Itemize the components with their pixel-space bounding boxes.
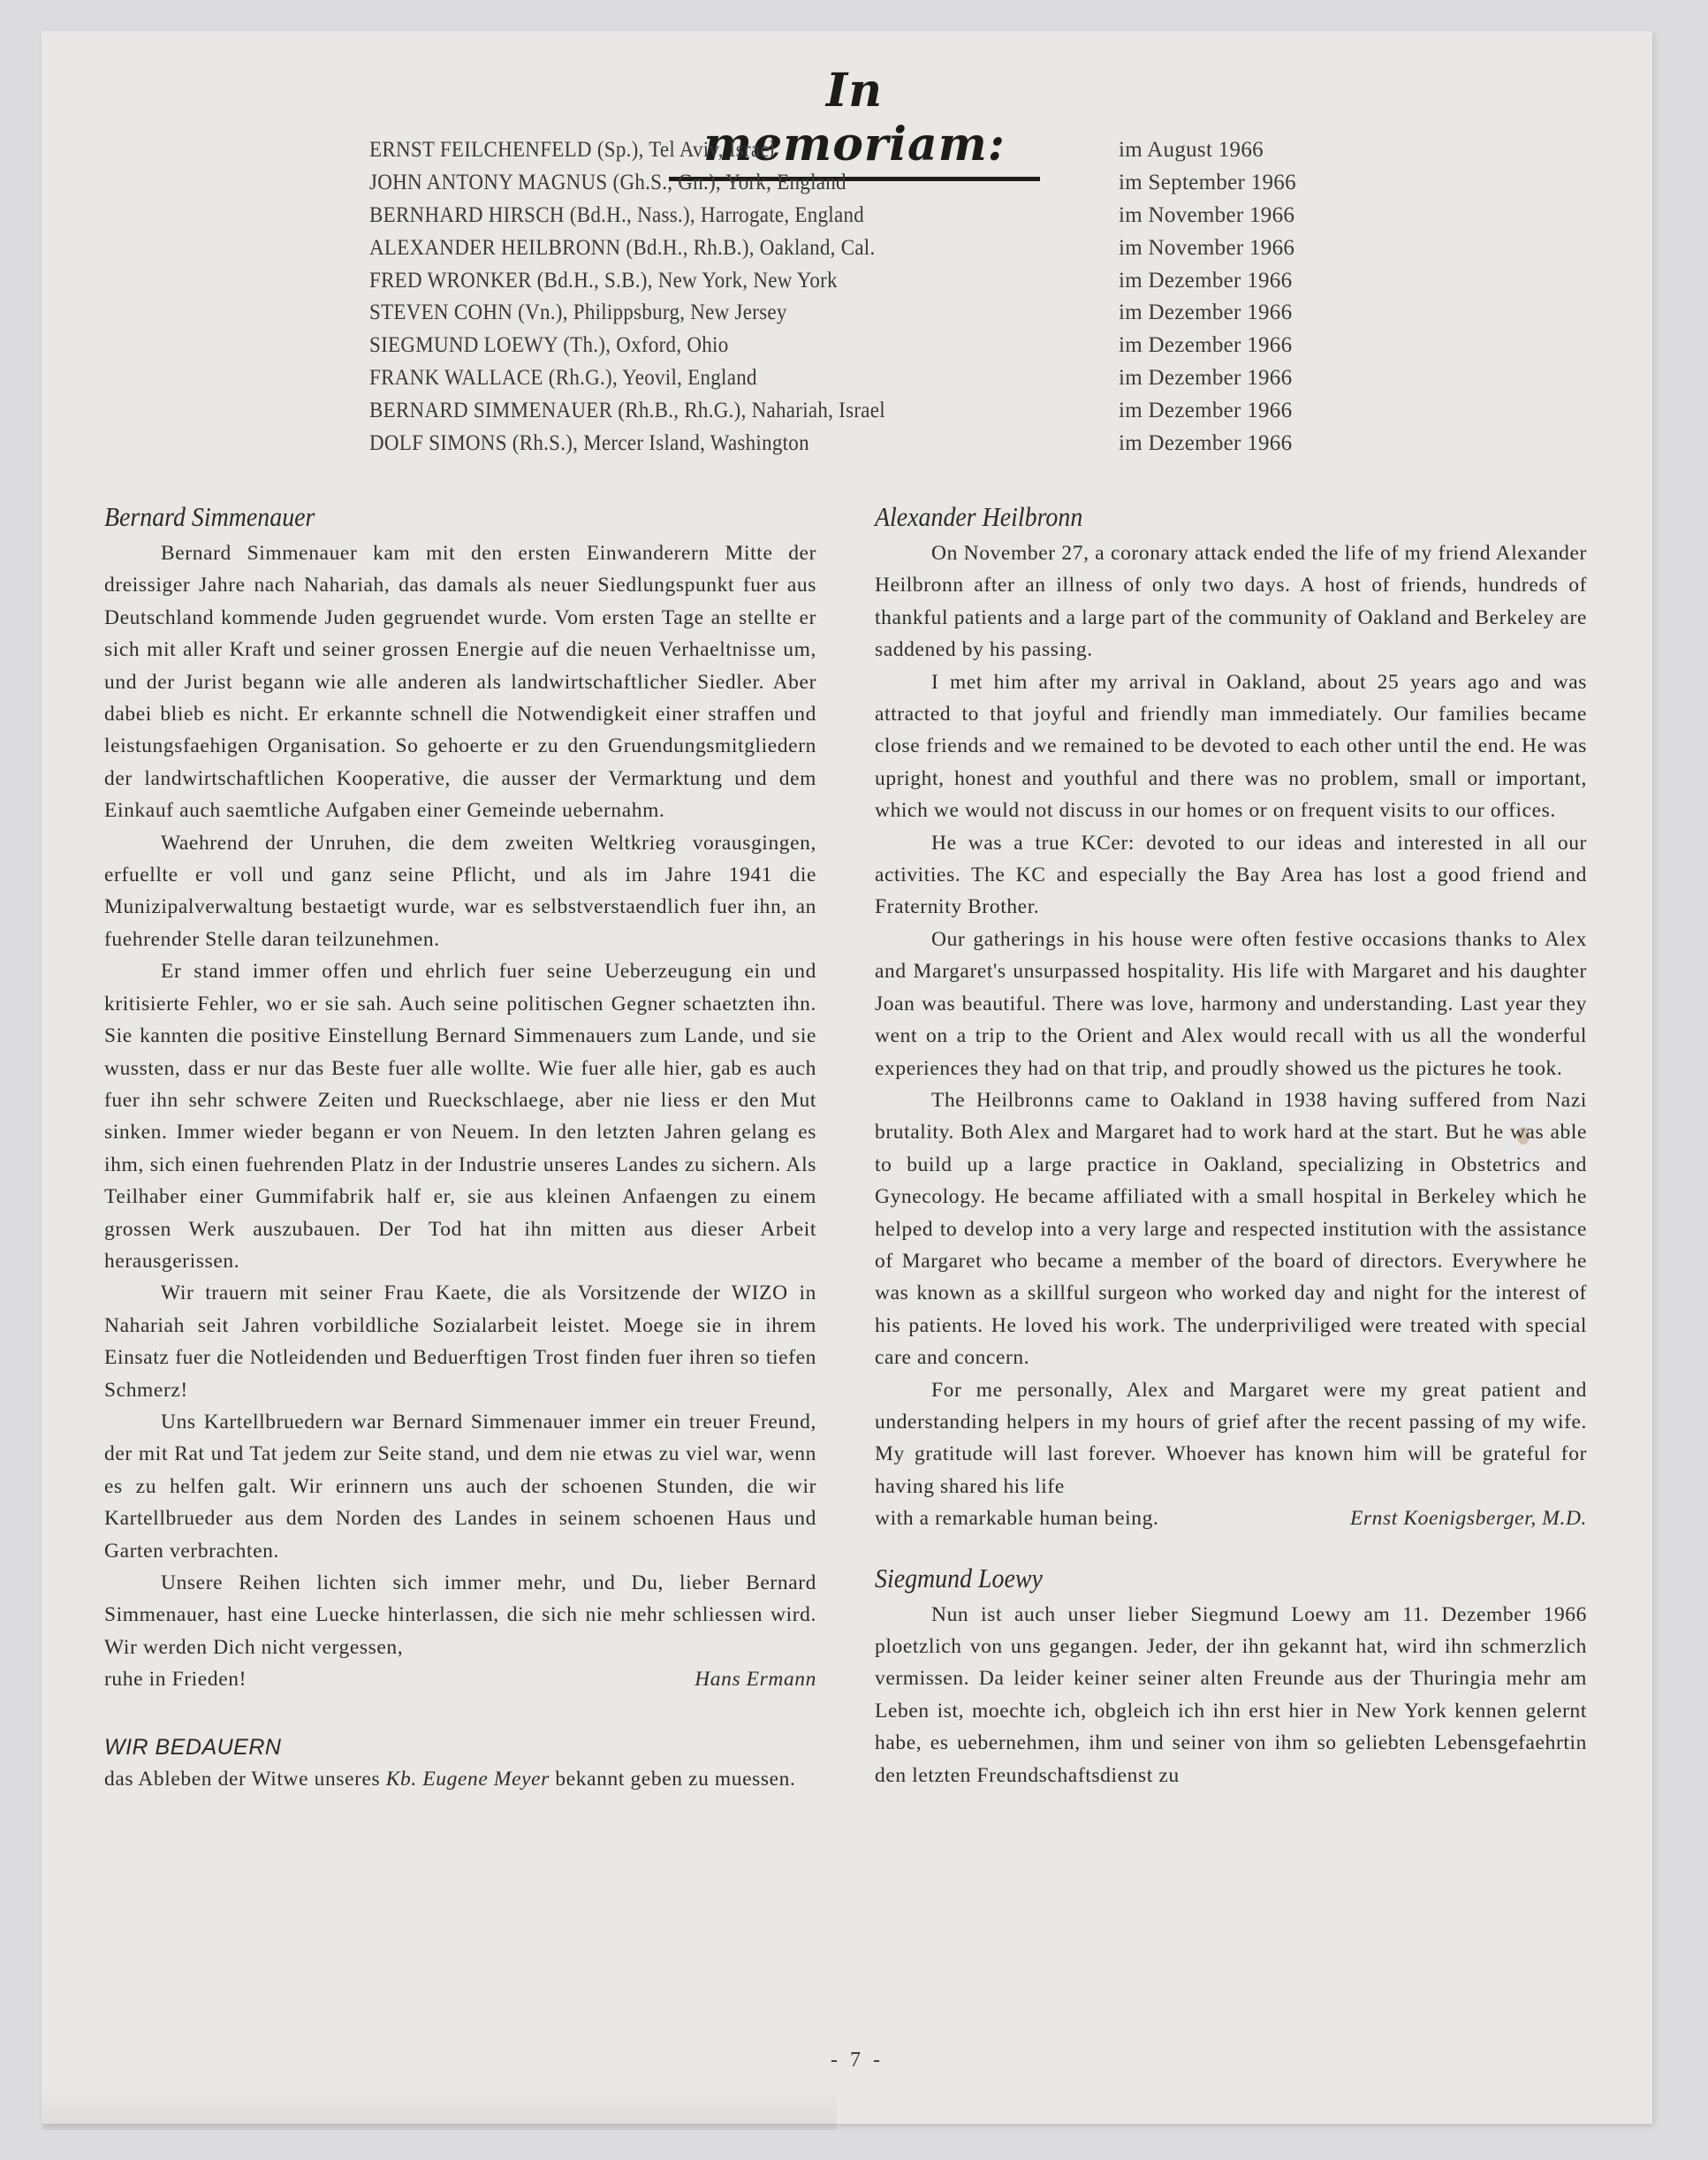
- roster-date: im August 1966: [1119, 138, 1264, 163]
- article-paragraph: Bernard Simmenauer kam mit den ersten Ei…: [104, 537, 816, 827]
- roster-row: BERNARD SIMMENAUER (Rh.B., Rh.G.), Nahar…: [369, 394, 1368, 427]
- roster-name: ERNST FEILCHENFELD (Sp.), Tel Aviv, Isra…: [369, 138, 1059, 163]
- author-signature: Hans Ermann: [695, 1663, 816, 1695]
- roster-row: ERNST FEILCHENFELD (Sp.), Tel Aviv, Isra…: [369, 134, 1368, 167]
- roster-row: STEVEN COHN (Vn.), Philippsburg, New Jer…: [369, 297, 1368, 330]
- article-paragraph: The Heilbronns came to Oakland in 1938 h…: [875, 1084, 1587, 1374]
- closing-text: with a remarkable human being.: [875, 1502, 1158, 1534]
- author-signature: Ernst Koenigsberger, M.D.: [1350, 1502, 1587, 1534]
- roster-date: im Dezember 1966: [1119, 269, 1292, 293]
- roster-name: DOLF SIMONS (Rh.S.), Mercer Island, Wash…: [369, 431, 1059, 456]
- roster-date: im November 1966: [1119, 203, 1294, 228]
- article-paragraph: Our gatherings in his house were often f…: [875, 924, 1587, 1084]
- article-heading: Bernard Simmenauer: [104, 500, 745, 534]
- roster-name: BERNHARD HIRSCH (Bd.H., Nass.), Harrogat…: [369, 203, 1059, 228]
- roster-name: JOHN ANTONY MAGNUS (Gh.S., Gn.), York, E…: [369, 171, 1059, 195]
- roster-date: im Dezember 1966: [1119, 366, 1292, 391]
- roster-date: im Dezember 1966: [1119, 399, 1292, 423]
- article-paragraph: For me personally, Alex and Margaret wer…: [875, 1374, 1587, 1503]
- article-paragraph: Uns Kartellbruedern war Bernard Simmenau…: [104, 1406, 816, 1567]
- left-column: Bernard Simmenauer Bernard Simmenauer ka…: [104, 500, 816, 1795]
- article-heading: Siegmund Loewy: [875, 1562, 1515, 1595]
- roster-row: DOLF SIMONS (Rh.S.), Mercer Island, Wash…: [369, 427, 1368, 460]
- article-paragraph: Er stand immer offen und ehrlich fuer se…: [104, 955, 816, 1277]
- roster-row: JOHN ANTONY MAGNUS (Gh.S., Gn.), York, E…: [369, 167, 1368, 200]
- roster-row: FRANK WALLACE (Rh.G.), Yeovil, England i…: [369, 362, 1368, 395]
- article-paragraph: Wir trauern mit seiner Frau Kaete, die a…: [104, 1277, 816, 1406]
- in-memoriam-roster: ERNST FEILCHENFELD (Sp.), Tel Aviv, Isra…: [369, 134, 1368, 460]
- roster-row: ALEXANDER HEILBRONN (Bd.H., Rh.B.), Oakl…: [369, 232, 1368, 264]
- roster-row: BERNHARD HIRSCH (Bd.H., Nass.), Harrogat…: [369, 200, 1368, 232]
- roster-date: im Dezember 1966: [1119, 333, 1292, 358]
- article-paragraph: Waehrend der Unruhen, die dem zweiten We…: [104, 827, 816, 956]
- roster-date: im Dezember 1966: [1119, 431, 1292, 456]
- paper-fold-shadow: [42, 2086, 837, 2130]
- notice-text: das Ableben der Witwe unseres Kb. Eugene…: [104, 1763, 816, 1795]
- roster-row: FRED WRONKER (Bd.H., S.B.), New York, Ne…: [369, 264, 1368, 297]
- closing-line: ruhe in Frieden! Hans Ermann: [104, 1663, 816, 1695]
- notice-heading: WIR BEDAUERN: [104, 1731, 816, 1763]
- article-paragraph: Unsere Reihen lichten sich immer mehr, u…: [104, 1567, 816, 1663]
- roster-date: im November 1966: [1119, 236, 1294, 261]
- notice-text-after: bekannt geben zu muessen.: [550, 1768, 796, 1791]
- roster-name: FRANK WALLACE (Rh.G.), Yeovil, England: [369, 366, 1059, 391]
- article-paragraph: Nun ist auch unser lieber Siegmund Loewy…: [875, 1599, 1587, 1791]
- notice-name: Kb. Eugene Meyer: [386, 1768, 550, 1791]
- closing-line: with a remarkable human being. Ernst Koe…: [875, 1502, 1587, 1534]
- right-column: Alexander Heilbronn On November 27, a co…: [875, 500, 1587, 1791]
- article-paragraph: I met him after my arrival in Oakland, a…: [875, 666, 1587, 827]
- roster-date: im Dezember 1966: [1119, 300, 1292, 325]
- article-heading: Alexander Heilbronn: [875, 500, 1515, 534]
- article-paragraph: He was a true KCer: devoted to our ideas…: [875, 827, 1587, 924]
- roster-date: im September 1966: [1119, 171, 1296, 195]
- notice-text-before: das Ableben der Witwe unseres: [104, 1768, 386, 1791]
- roster-name: SIEGMUND LOEWY (Th.), Oxford, Ohio: [369, 333, 1059, 358]
- page-number: - 7 -: [831, 2049, 884, 2073]
- roster-name: STEVEN COHN (Vn.), Philippsburg, New Jer…: [369, 300, 1059, 325]
- roster-name: BERNARD SIMMENAUER (Rh.B., Rh.G.), Nahar…: [369, 399, 1059, 423]
- roster-name: FRED WRONKER (Bd.H., S.B.), New York, Ne…: [369, 269, 1059, 293]
- roster-name: ALEXANDER HEILBRONN (Bd.H., Rh.B.), Oakl…: [369, 236, 1059, 261]
- closing-text: ruhe in Frieden!: [104, 1663, 247, 1695]
- article-paragraph: On November 27, a coronary attack ended …: [875, 537, 1587, 666]
- roster-row: SIEGMUND LOEWY (Th.), Oxford, Ohio im De…: [369, 330, 1368, 362]
